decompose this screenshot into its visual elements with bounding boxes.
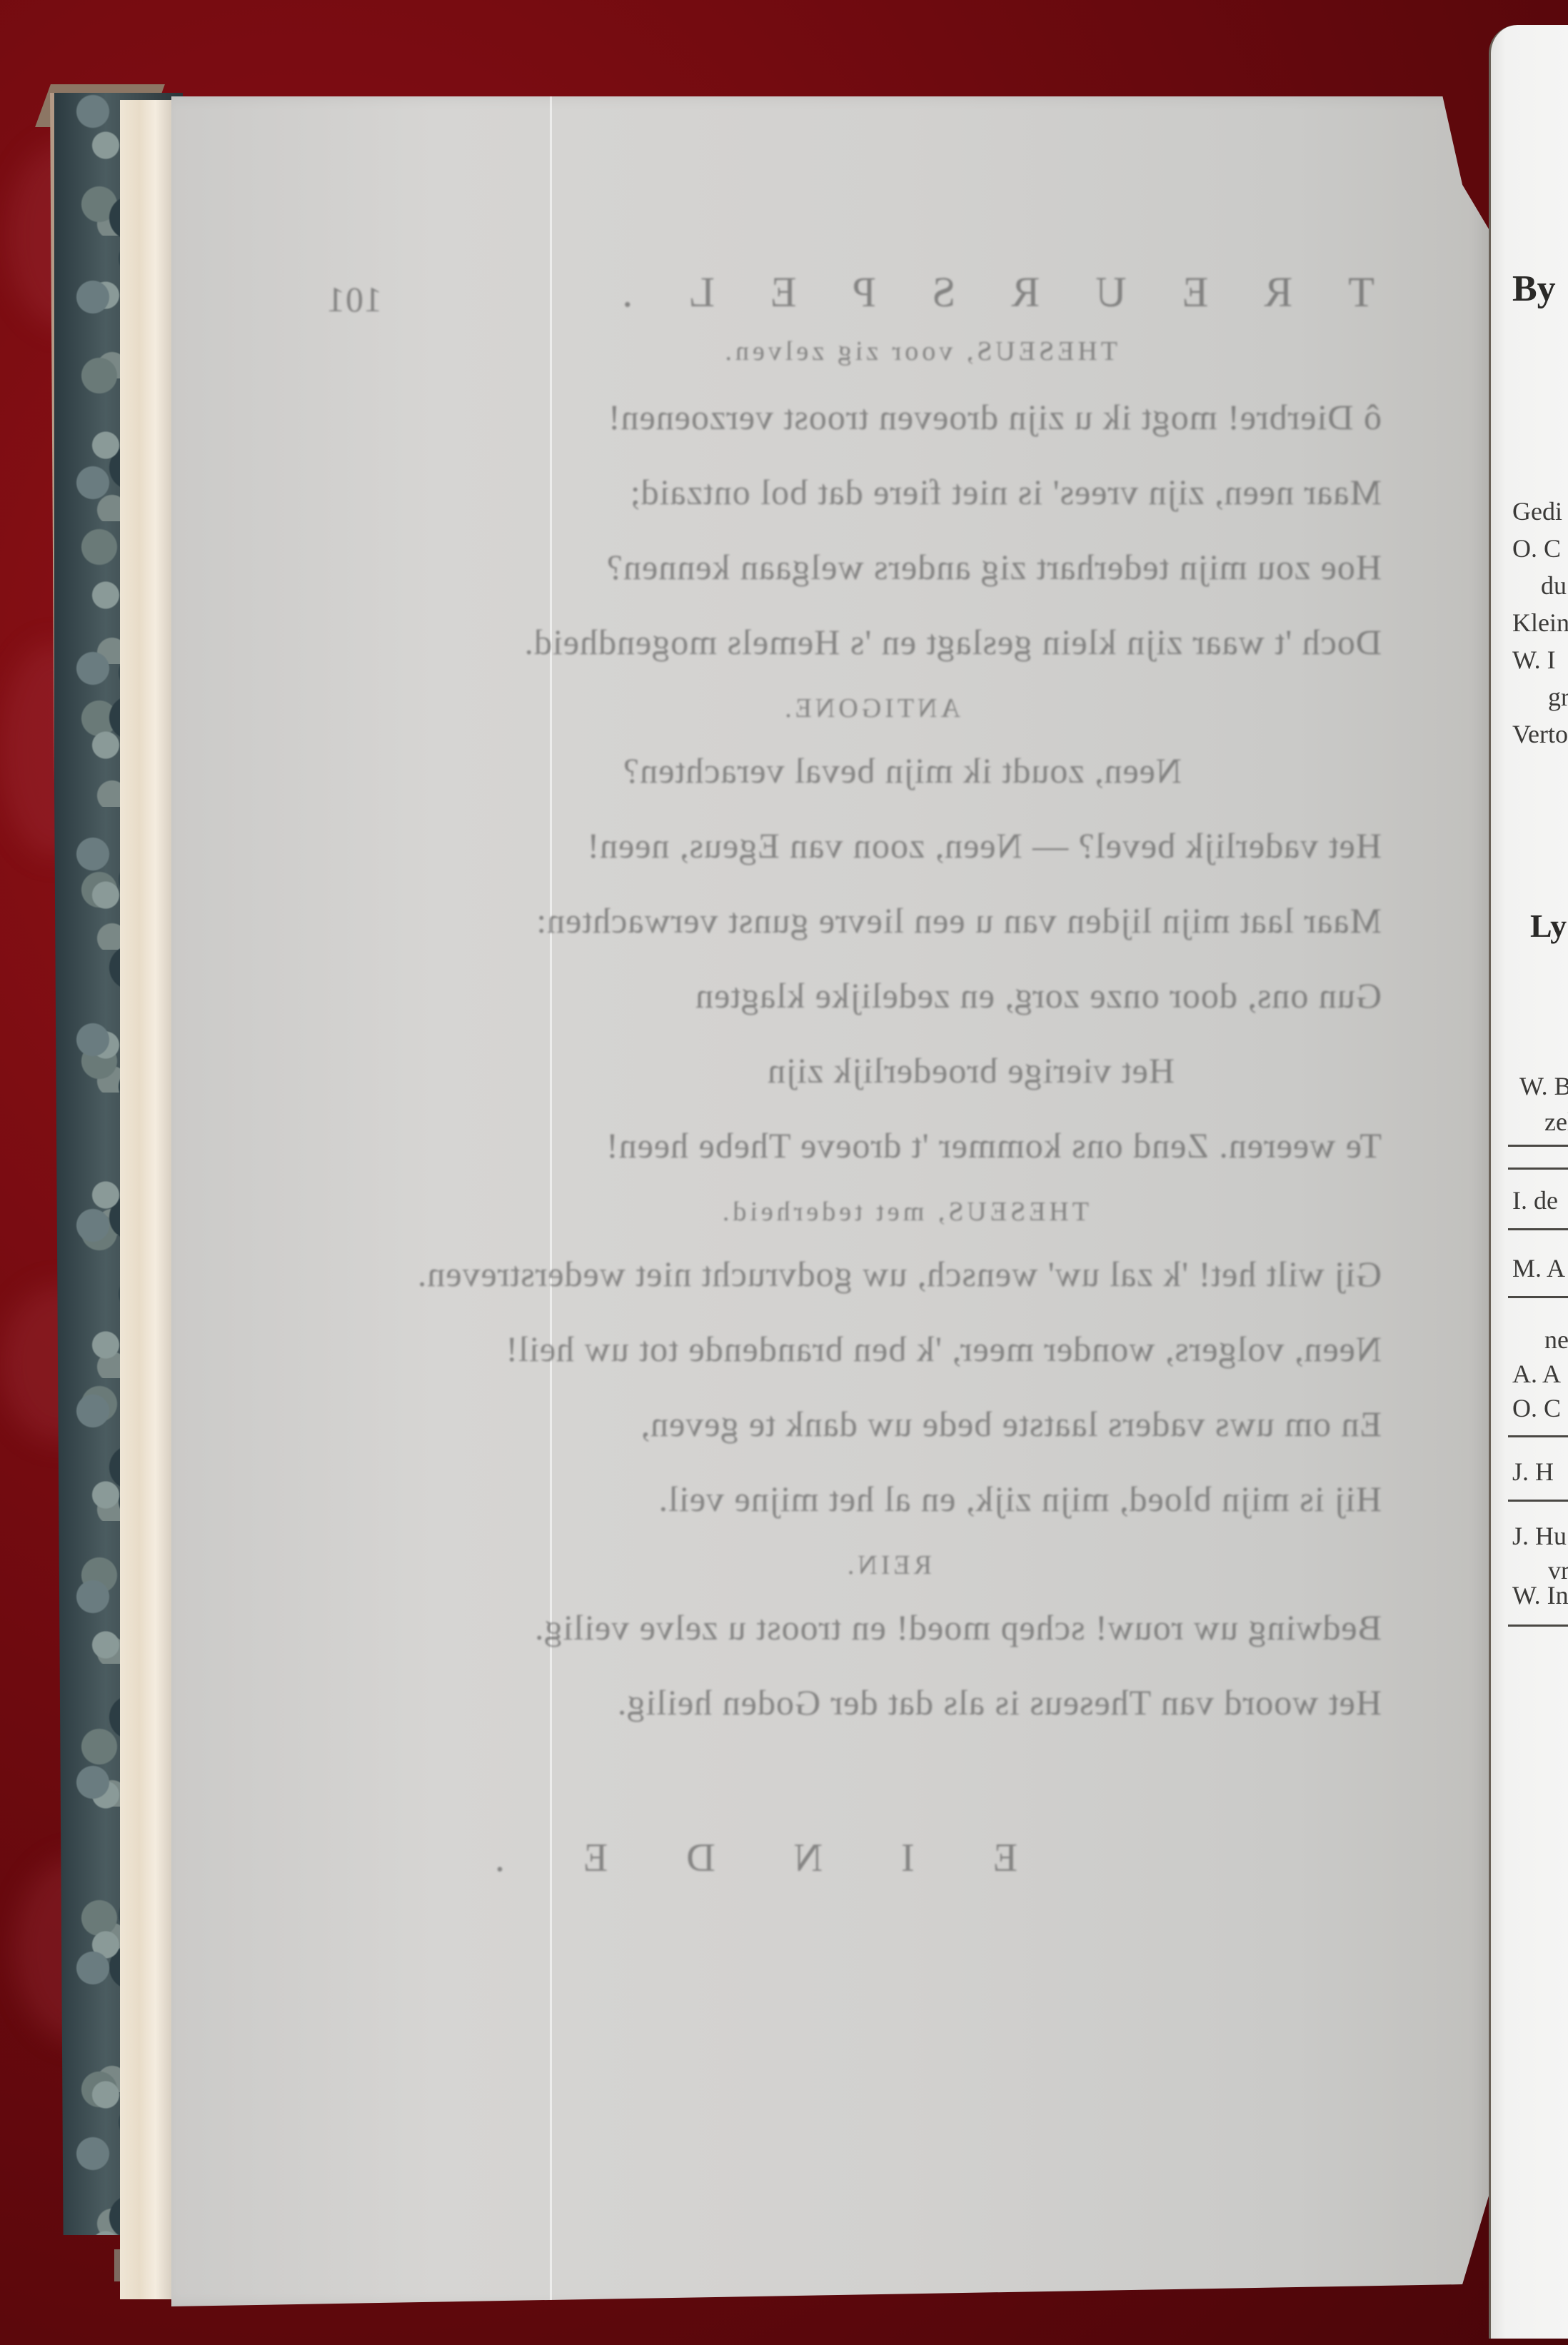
right-page-section-heading: Ly [1530,907,1567,945]
verse-line: Neen, zoudt ik mijn beval verachten? [623,750,1182,791]
right-page-entry: O. C [1512,533,1561,563]
list-entry: O. C [1512,1393,1561,1423]
verse-line: Neen, volgers, wonder meer, 'k ben brand… [505,1328,1382,1370]
page-number: 101 [326,278,382,320]
verse-line: Maar laat mijn lijden van u een lievre g… [536,900,1382,941]
verse-line: Maar neen, zijn vrees' is niet fiere dat… [630,471,1382,513]
list-rule [1508,1228,1568,1230]
right-page-entry: Klein [1512,608,1568,638]
right-page-entry: Verto [1512,719,1568,749]
list-rule [1508,1435,1568,1437]
verse-line: Het vaderlijk bevel? — Neen, zoon van Eg… [587,825,1382,866]
verse-line: Te weeren. Zend ons kommer 't droeve The… [605,1125,1382,1166]
bleed-through-text: TREURSPEL. 101 THESEUS, voor zig zelven.… [171,96,1489,2306]
list-rule [1508,1625,1568,1627]
list-rule [1508,1296,1568,1298]
closing-einde: EINDE. [416,1835,1017,1881]
verse-line: Het woord van Theseus is als dat der God… [617,1682,1382,1723]
list-rule [1508,1145,1568,1147]
list-entry: I. de [1512,1185,1558,1215]
verse-line: En om uws vaders laatste bede uw dank te… [640,1403,1382,1445]
right-page-entry: W. I [1512,645,1556,675]
list-entry: A. A [1512,1359,1561,1389]
right-page-heading: By [1512,268,1556,310]
speaker-name: THESEUS, met tederheid. [719,1196,1089,1227]
running-header: TREURSPEL. [566,268,1374,317]
left-page: TREURSPEL. 101 THESEUS, voor zig zelven.… [171,96,1489,2306]
verse-line: Het vierige broederlijk zijn [767,1050,1175,1091]
right-page-entry: Gedi [1512,496,1562,526]
list-rule [1508,1168,1568,1170]
right-page-entry: du [1541,571,1567,601]
list-entry: W. In [1512,1580,1568,1610]
list-entry: J. Hu [1512,1521,1567,1551]
right-page: By Gedi O. C du Klein W. I gr Verto Ly W… [1489,25,1568,2339]
verse-line: Gun ons, door onze zorg, en zedelijke kl… [695,975,1382,1016]
list-entry: ne [1544,1325,1568,1355]
verse-line: ô Dierbre! mogt ik u zijn droeven troost… [608,396,1382,438]
right-page-entry: gr [1548,682,1568,712]
verse-line: Bedwing uw rouw! schep moed! en troost u… [534,1607,1382,1648]
verse-line: Hij is mijn bloed, mijn zijk, en al het … [658,1478,1382,1520]
verse-line: Gij wilt het! 'k zal uw' wensch, uw godv… [417,1253,1382,1295]
speaker-name: THESEUS, voor zig zelven. [721,336,1117,367]
verse-line: Doch 't waar zijn klein geslagt en 's He… [524,621,1382,663]
list-rule [1508,1500,1568,1502]
speaker-name: ANTIGONE. [781,693,960,724]
list-entry: M. A [1512,1253,1565,1283]
list-entry: J. H [1512,1457,1554,1487]
list-entry: W. B [1519,1071,1568,1101]
speaker-name: REIN. [844,1550,932,1581]
list-entry: zelv [1544,1107,1568,1137]
verse-line: Hoe zou mijn tederhart zig anders welgaa… [606,546,1382,588]
